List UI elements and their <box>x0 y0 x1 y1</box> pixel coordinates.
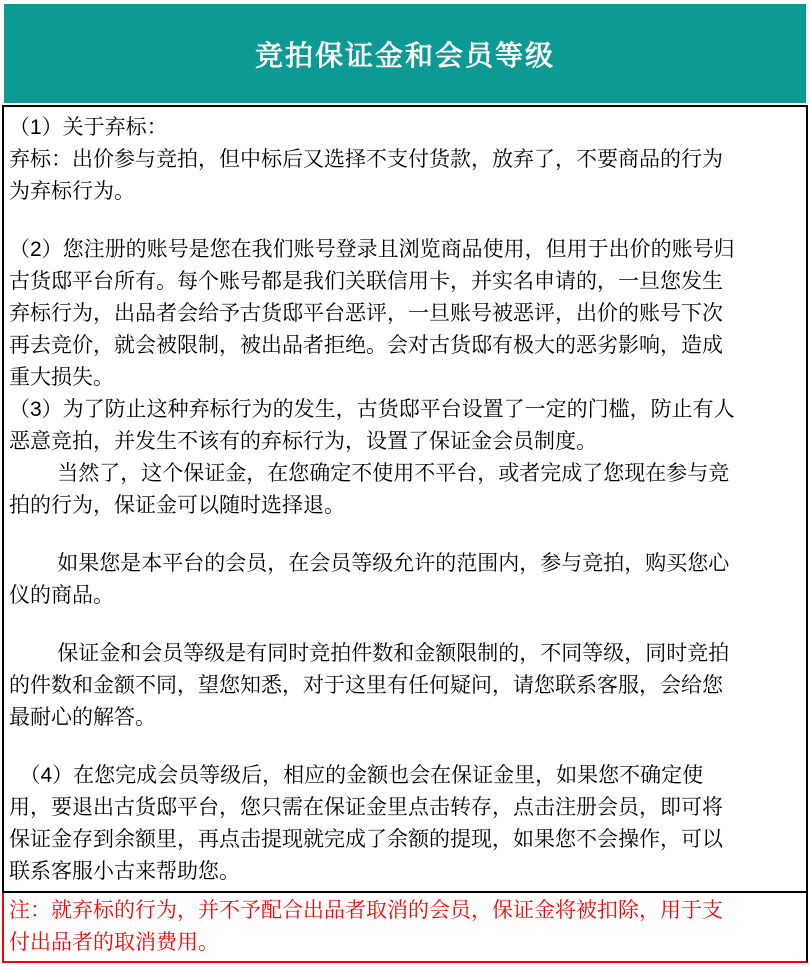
note-box: 注：就弃标的行为，并不予配合出品者取消的会员，保证金将被扣除，用于支 付出品者的… <box>2 893 808 963</box>
paragraph-membership: 如果您是本平台的会员，在会员等级允许的范围内，参与竞拍，购买您心 仪的商品。 <box>9 548 800 612</box>
note-text: 注：就弃标的行为，并不予配合出品者取消的会员，保证金将被扣除，用于支 付出品者的… <box>9 895 800 959</box>
paragraph-1-heading: （1）关于弃标： <box>9 112 800 144</box>
page-header: 竞拍保证金和会员等级 <box>4 4 806 103</box>
paragraph-3: （3）为了防止这种弃标行为的发生，古货邸平台设置了一定的门槛，防止有人 恶意竞拍… <box>9 394 800 458</box>
document-page: 竞拍保证金和会员等级 （1）关于弃标： 弃标：出价参与竞拍，但中标后又选择不支付… <box>0 4 810 967</box>
paragraph-3-continued: 当然了，这个保证金，在您确定不使用不平台，或者完成了您现在参与竞 拍的行为，保证… <box>9 458 800 522</box>
document-body: （1）关于弃标： 弃标：出价参与竞拍，但中标后又选择不支付货款，放弃了，不要商品… <box>2 105 808 893</box>
page-title: 竞拍保证金和会员等级 <box>255 34 555 74</box>
paragraph-4: （4）在您完成会员等级后，相应的金额也会在保证金里，如果您不确定使 用，要退出古… <box>9 760 800 888</box>
paragraph-2: （2）您注册的账号是您在我们账号登录且浏览商品使用，但用于出价的账号归 古货邸平… <box>9 234 800 394</box>
paragraph-1-text: 弃标：出价参与竞拍，但中标后又选择不支付货款，放弃了，不要商品的行为 为弃标行为… <box>9 144 800 208</box>
paragraph-limits: 保证金和会员等级是有同时竞拍件数和金额限制的，不同等级，同时竞拍 的件数和金额不… <box>9 638 800 734</box>
